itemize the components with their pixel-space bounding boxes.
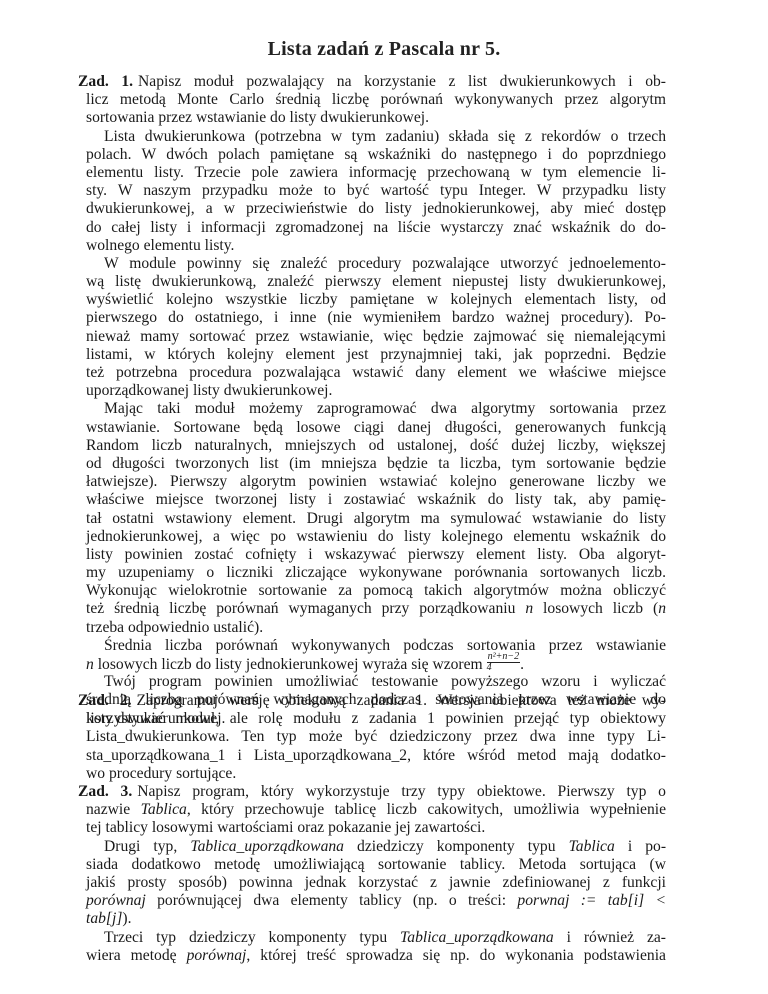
- text-line: siada dodatkowo metodę umożliwiającą sor…: [78, 856, 666, 874]
- text-line: tej tablicy losowymi wartościami oraz po…: [78, 819, 666, 837]
- text-line: nieważ mamy sortować przez wstawianie, w…: [78, 328, 666, 346]
- text-line: polach. W dwóch polach pamiętane są wska…: [78, 146, 666, 164]
- text-line: trzeba odpowiednio ustalić).: [78, 619, 666, 637]
- math-var-n: n: [525, 600, 533, 617]
- text-line: wiera metodę porównaj, której treść spro…: [78, 947, 666, 965]
- text-span: dziedziczy komponenty typu: [357, 838, 555, 855]
- text-line: Random liczb naturalnych, mniejszych od …: [78, 437, 666, 455]
- text-span: Napisz program, który wykorzystuje trzy …: [137, 783, 666, 800]
- text-line: nazwie Tablica, który przechowuje tablic…: [78, 801, 666, 819]
- text-span: .: [520, 656, 524, 673]
- task-label: Zad. 3.: [78, 783, 132, 800]
- text-line: listy powinien zostać cofnięty i wskazyw…: [78, 546, 666, 564]
- text-span: nazwie: [86, 801, 130, 818]
- text-span: losowych liczb do listy jednokierunkowej…: [98, 656, 483, 673]
- code-expression: tab[j]: [86, 910, 122, 927]
- task-1: Zad. 1.Napisz moduł pozwalający na korzy…: [78, 73, 666, 728]
- type-name: Tablica_uporządkowana: [190, 838, 344, 855]
- text-span: , który przechowuje tablicę liczb cakowi…: [187, 801, 666, 818]
- text-span: Trzeci typ dziedziczy komponenty typu: [104, 929, 387, 946]
- formula-denominator: 4: [487, 663, 521, 673]
- text-span: , której treść sprowadza się np. do wyko…: [246, 947, 666, 964]
- task-2: Zad. 2.Zaprogramuj wersję obiektową zada…: [78, 692, 666, 783]
- text-line: Zad. 3.Napisz program, który wykorzystuj…: [78, 783, 666, 801]
- text-line: listami, w których kolejny element jest …: [78, 346, 666, 364]
- text-line: Zad. 2.Zaprogramuj wersję obiektową zada…: [78, 692, 666, 710]
- text-line: tał ostatni wstawiony element. Drugi alg…: [78, 510, 666, 528]
- text-line: sortowania przez wstawianie do listy dwu…: [78, 109, 666, 127]
- text-line: wstawianie. Sortowane będą losowe ciągi …: [78, 419, 666, 437]
- text-span: Zaprogramuj wersję obiektową zadania 1. …: [137, 692, 666, 709]
- text-line: właściwe miejsce tworzonej listy i zosta…: [78, 491, 666, 509]
- text-line: sta_uporządkowana_1 i Lista_uporządkowan…: [78, 747, 666, 765]
- text-span: wiera metodę: [86, 947, 177, 964]
- code-expression: porwnaj := tab[i] <: [517, 892, 666, 909]
- text-line: Trzeci typ dziedziczy komponenty typu Ta…: [78, 929, 666, 947]
- text-line: elementu listy. Trzecie pole zawiera inf…: [78, 164, 666, 182]
- text-line: porównaj porównującej dwa elementy tabli…: [78, 892, 666, 910]
- type-name: Tablica_uporządkowana: [400, 929, 554, 946]
- text-line: wo procedury sortujące.: [78, 765, 666, 783]
- text-line: wą listę dwukierunkową, znaleźć pierwszy…: [78, 273, 666, 291]
- text-line: sty. W naszym przypadku może to być wart…: [78, 182, 666, 200]
- type-name: Tablica: [141, 801, 187, 818]
- method-name: porównaj: [187, 947, 247, 964]
- text-line: też średnią liczbę porównań wymaganych p…: [78, 600, 666, 618]
- text-line: Zad. 1.Napisz moduł pozwalający na korzy…: [78, 73, 666, 91]
- page-title: Lista zadań z Pascala nr 5.: [0, 38, 768, 61]
- type-name: Tablica: [569, 838, 615, 855]
- text-line: wyświetlić kolejno wszystkie liczby pami…: [78, 291, 666, 309]
- text-line: łatwiejsze). Pierwszy algorytm powinien …: [78, 473, 666, 491]
- text-line: Lista_dwukierunkowa. Ten typ może być dz…: [78, 728, 666, 746]
- math-var-n: n: [86, 656, 94, 673]
- text-line: dwukierunkowej, a w przeciwieństwie do l…: [78, 200, 666, 218]
- text-line: też potrzebna procedura pozwalająca wsta…: [78, 364, 666, 382]
- text-span: Napisz moduł pozwalający na korzystanie …: [138, 73, 666, 90]
- text-line: n losowych liczb do listy jednokierunkow…: [78, 655, 666, 673]
- task-label: Zad. 2.: [78, 692, 132, 709]
- text-line: Średnia liczba porównań wykonywanych pod…: [78, 637, 666, 655]
- text-span: i również za-: [567, 929, 666, 946]
- text-line: od długości tworzonych list (im mniejsza…: [78, 455, 666, 473]
- formula-fraction: n²+n−24: [487, 652, 521, 673]
- text-span: losowych liczb (: [533, 600, 658, 617]
- text-line: jednokierunkowej, a więc po wstawieniu d…: [78, 528, 666, 546]
- method-name: porównaj: [86, 892, 146, 909]
- task-label: Zad. 1.: [78, 73, 133, 90]
- text-span: i po-: [628, 838, 666, 855]
- text-line: Lista dwukierunkowa (potrzebna w tym zad…: [78, 128, 666, 146]
- text-line: jakiś prosty sposób) powinna jednak korz…: [78, 874, 666, 892]
- formula-numerator: n²+n−2: [487, 652, 521, 663]
- text-line: korzystywać moduł, ale rolę modułu z zad…: [78, 710, 666, 728]
- math-var-n: n: [658, 600, 666, 617]
- text-line: Drugi typ, Tablica_uporządkowana dziedzi…: [78, 838, 666, 856]
- text-line: licz metodą Monte Carlo średnią liczbę p…: [78, 91, 666, 109]
- text-span: porównującej dwa elementy tablicy (np. o…: [157, 892, 506, 909]
- document-page: Lista zadań z Pascala nr 5. Zad. 1.Napis…: [0, 0, 768, 994]
- text-line: Twój program powinien umożliwiać testowa…: [78, 673, 666, 691]
- text-line: wolnego elementu listy.: [78, 237, 666, 255]
- text-line: my uzupeniamy o liczniki zliczające wyko…: [78, 564, 666, 582]
- text-span: też średnią liczbę porównań wymaganych p…: [86, 600, 515, 617]
- text-line: pierwszego do ostatniego, i inne (nie wy…: [78, 309, 666, 327]
- text-span: ).: [122, 910, 131, 927]
- text-line: do całej listy i informacji zgromadzonej…: [78, 219, 666, 237]
- text-line: W module powinny się znaleźć procedury p…: [78, 255, 666, 273]
- text-line: Mając taki moduł możemy zaprogramować dw…: [78, 400, 666, 418]
- text-line: tab[j]).: [78, 910, 666, 928]
- text-span: Drugi typ,: [104, 838, 177, 855]
- task-3: Zad. 3.Napisz program, który wykorzystuj…: [78, 783, 666, 965]
- text-line: uporządkowanej listy dwukierunkowej.: [78, 382, 666, 400]
- text-line: Wykonując wielokrotnie sortowanie za pom…: [78, 582, 666, 600]
